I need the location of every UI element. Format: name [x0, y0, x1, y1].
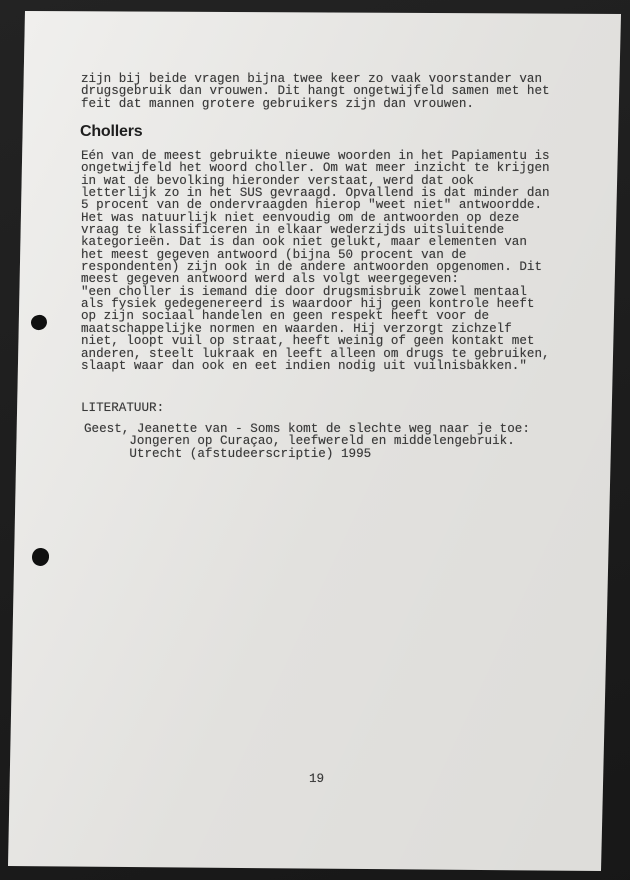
hole-punch-bottom [31, 547, 50, 567]
page-number: 19 [309, 773, 324, 785]
scanned-page: zijn bij beide vragen bijna twee keer zo… [0, 0, 630, 880]
hole-punch-top [30, 314, 49, 332]
literature-heading: LITERATUUR: [81, 402, 164, 414]
chollers-paragraph: Eén van de meest gebruikte nieuwe woorde… [81, 150, 550, 372]
literature-citation: Geest, Jeanette van - Soms komt de slech… [84, 423, 530, 460]
scan-background: zijn bij beide vragen bijna twee keer zo… [0, 0, 630, 880]
intro-paragraph: zijn bij beide vragen bijna twee keer zo… [81, 73, 550, 110]
chollers-heading: Chollers [80, 123, 142, 141]
